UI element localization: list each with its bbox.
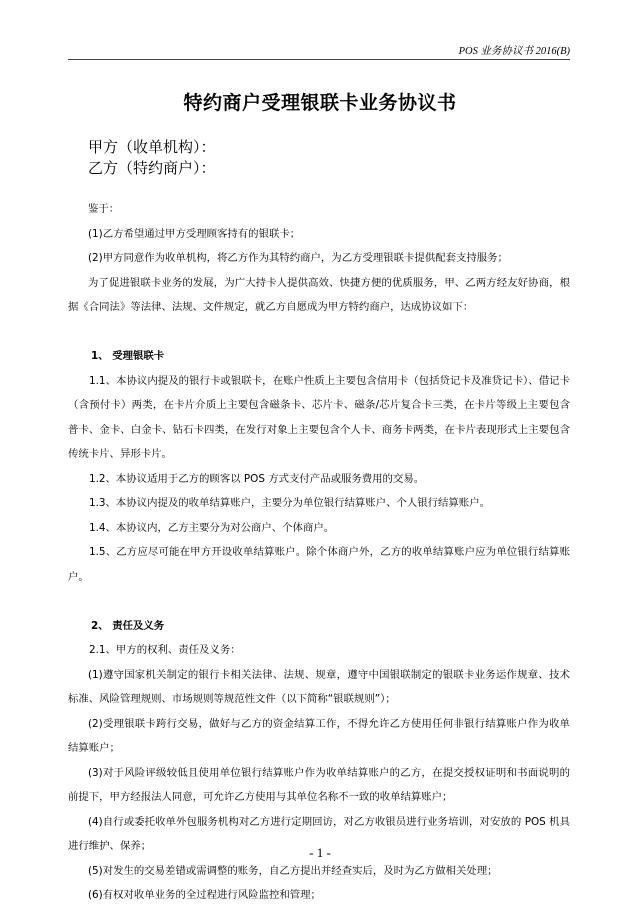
clause: (5)对发生的交易差错或需调整的账务，自乙方提出并经查实后，及时为乙方做相关处理… [68,859,570,884]
document-title: 特约商户受理银联卡业务协议书 [0,90,640,116]
running-header: POS 业务协议书 2016(B) [68,44,570,59]
preamble-purpose: 为了促进银联卡业务的发展，为广大持卡人提供高效、快捷方便的优质服务，甲、乙两方经… [68,271,570,320]
clause: (6)有权对收单业务的全过程进行风险监控和管理； [68,883,570,905]
section-heading: 2、 责任及义务 [68,614,570,639]
header-rule [68,59,570,60]
preamble-item: (2)甲方同意作为收单机构，将乙方作为其特约商户，为乙方受理银联卡提供配套支持服… [68,246,570,271]
page-number: - 1 - [0,845,640,861]
spacer [68,320,570,345]
subsection-heading: 2.1、甲方的权利、责任及义务： [68,638,570,663]
spacer [68,589,570,614]
preamble-item: (1)乙方希望通过甲方受理顾客持有的银联卡； [68,222,570,247]
clause: (1)遵守国家机关制定的银行卡相关法律、法规、规章，遵守中国银联制定的银联卡业务… [68,663,570,712]
clause: 1.4、本协议内，乙方主要分为对公商户、个体商户。 [68,516,570,541]
clause: 1.3、本协议内提及的收单结算账户，主要分为单位银行结算账户、个人银行结算账户。 [68,491,570,516]
section-heading: 1、 受理银联卡 [68,344,570,369]
whereas-label: 鉴于： [68,197,570,222]
clause: 1.1、本协议内提及的银行卡或银联卡，在账户性质上主要包含信用卡（包括贷记卡及准… [68,369,570,467]
agreement-body: 鉴于： (1)乙方希望通过甲方受理顾客持有的银联卡； (2)甲方同意作为收单机构… [68,197,570,905]
clause: (2)受理银联卡跨行交易，做好与乙方的资金结算工作，不得允许乙方使用任何非银行结… [68,712,570,761]
clause: (3)对于风险评级较低且使用单位银行结算账户作为收单结算账户的乙方，在提交授权证… [68,761,570,810]
party-a-line: 甲方（收单机构）： [88,137,216,157]
party-b-line: 乙方（特约商户）： [88,158,216,178]
clause: 1.2、本协议适用于乙方的顾客以 POS 方式支付产品或服务费用的交易。 [68,467,570,492]
clause: 1.5、乙方应尽可能在甲方开设收单结算账户。除个体商户外，乙方的收单结算账户应为… [68,540,570,589]
document-page: POS 业务协议书 2016(B) 特约商户受理银联卡业务协议书 甲方（收单机构… [0,0,640,905]
